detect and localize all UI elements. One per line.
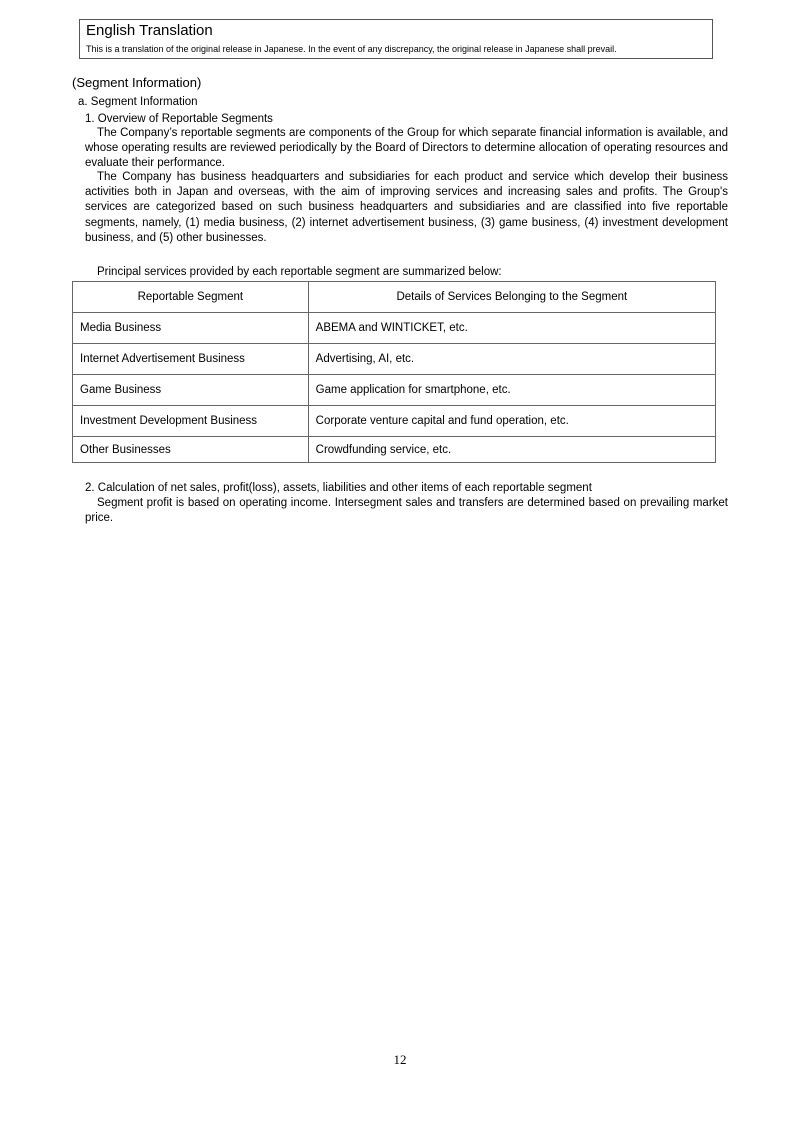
segment-name: Media Business xyxy=(73,313,309,344)
table-row: Game Business Game application for smart… xyxy=(73,375,716,406)
table-header-row: Reportable Segment Details of Services B… xyxy=(73,282,716,313)
segment-details: Corporate venture capital and fund opera… xyxy=(308,406,715,437)
segment-table: Reportable Segment Details of Services B… xyxy=(72,281,716,463)
section-title: (Segment Information) xyxy=(72,74,201,91)
segment-details: ABEMA and WINTICKET, etc. xyxy=(308,313,715,344)
table-row: Internet Advertisement Business Advertis… xyxy=(73,344,716,375)
segment-name: Investment Development Business xyxy=(73,406,309,437)
column-header-details: Details of Services Belonging to the Seg… xyxy=(308,282,715,313)
segment-name: Game Business xyxy=(73,375,309,406)
page-number: 12 xyxy=(0,1052,800,1068)
translation-notice-box: English Translation This is a translatio… xyxy=(79,19,713,59)
translation-title: English Translation xyxy=(86,21,706,41)
segment-name: Internet Advertisement Business xyxy=(73,344,309,375)
segment-details: Advertising, AI, etc. xyxy=(308,344,715,375)
column-header-segment: Reportable Segment xyxy=(73,282,309,313)
paragraph-overview: The Company’s reportable segments are co… xyxy=(85,126,728,172)
table-row: Investment Development Business Corporat… xyxy=(73,406,716,437)
table-intro: Principal services provided by each repo… xyxy=(97,265,502,280)
table-row: Other Businesses Crowdfunding service, e… xyxy=(73,437,716,463)
subsection-heading: a. Segment Information xyxy=(78,95,198,110)
paragraph-segment-profit: Segment profit is based on operating inc… xyxy=(85,496,728,526)
item-2-heading: 2. Calculation of net sales, profit(loss… xyxy=(85,481,592,496)
segment-details: Crowdfunding service, etc. xyxy=(308,437,715,463)
paragraph-segments: The Company has business headquarters an… xyxy=(85,170,728,246)
segment-details: Game application for smartphone, etc. xyxy=(308,375,715,406)
segment-name: Other Businesses xyxy=(73,437,309,463)
translation-disclaimer: This is a translation of the original re… xyxy=(86,42,706,56)
table-row: Media Business ABEMA and WINTICKET, etc. xyxy=(73,313,716,344)
item-1-heading: 1. Overview of Reportable Segments xyxy=(85,112,273,127)
